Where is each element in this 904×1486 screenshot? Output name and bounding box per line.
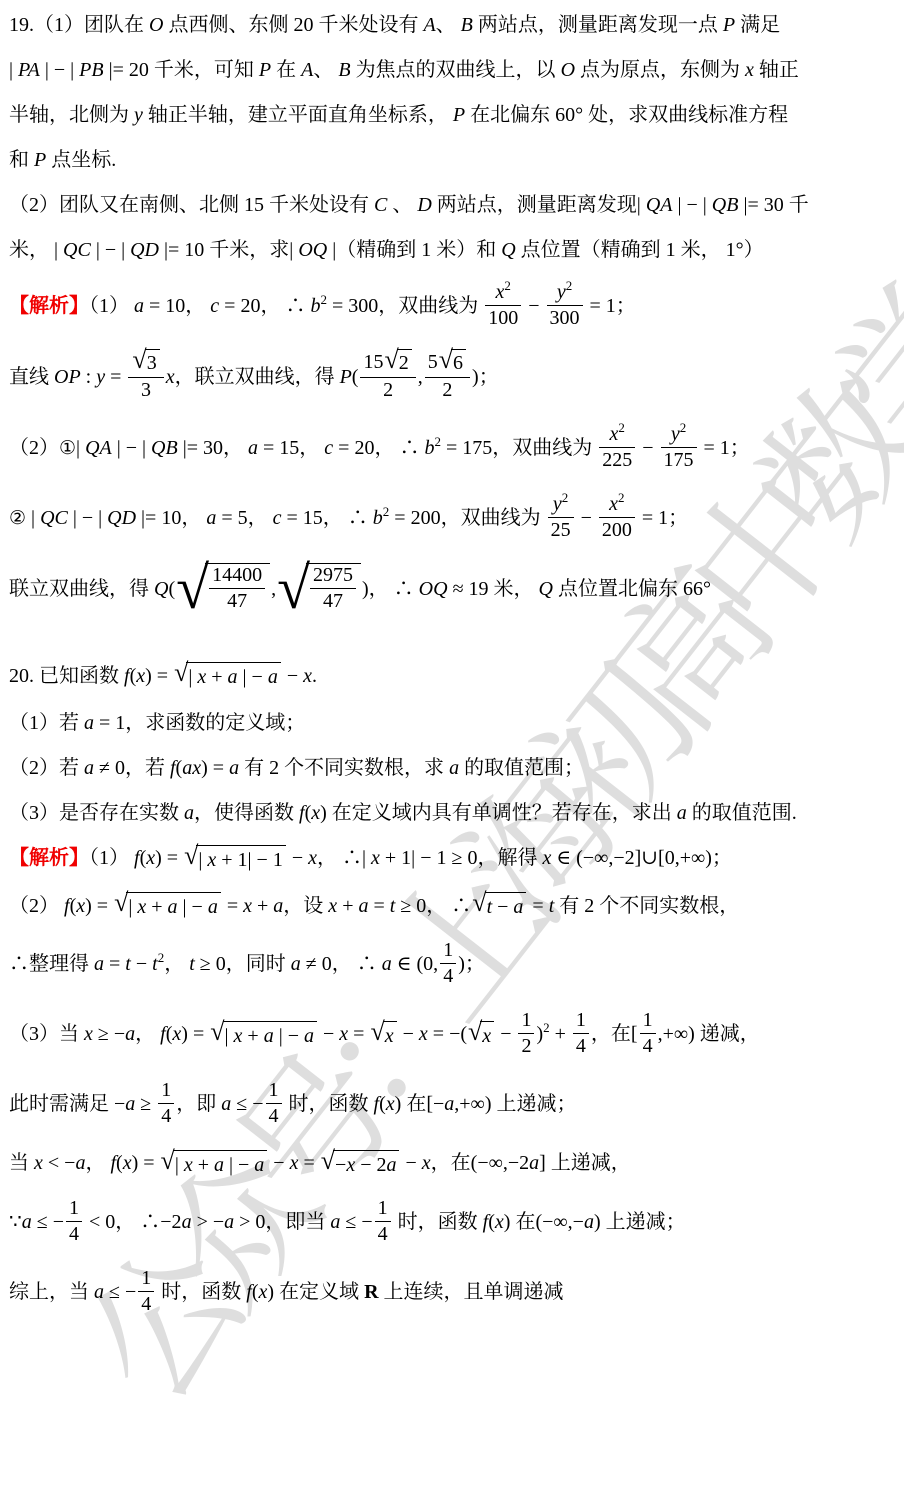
math-run: − <box>114 1093 125 1115</box>
radicand: 1440047 <box>205 563 270 616</box>
math-variable: a <box>264 1025 274 1047</box>
math-variable: x <box>137 896 146 918</box>
fraction-numerator: 1 <box>375 1196 391 1221</box>
math-variable: a <box>84 757 94 779</box>
fraction: 5√62 <box>425 350 470 403</box>
square-root: √6 <box>439 349 466 376</box>
fraction-denominator: 175 <box>661 447 697 473</box>
math-run: | − <box>224 1154 254 1176</box>
math-run: − 2 <box>355 1154 386 1176</box>
math-variable: x <box>34 1152 43 1174</box>
math-variable: a <box>75 1152 85 1174</box>
math-variable: QB <box>151 437 178 459</box>
math-variable: C <box>374 194 387 216</box>
text-run: ，设 <box>283 895 328 917</box>
math-run: | <box>9 59 18 81</box>
math-run: ( <box>252 1281 259 1303</box>
math-run: = <box>368 895 389 917</box>
math-run: | − <box>178 896 208 918</box>
math-run: 2 <box>399 352 409 374</box>
math-run: = <box>104 953 125 975</box>
text-run: ； <box>730 437 750 459</box>
fraction: x2100 <box>485 280 521 331</box>
math-variable: b <box>373 507 383 529</box>
math-variable: c <box>210 295 219 317</box>
math-run: | <box>327 239 336 261</box>
text-run: 有 <box>239 757 269 779</box>
math-variable: y <box>553 493 562 515</box>
text-run: 轴正 <box>754 59 799 81</box>
math-run: − <box>637 437 658 459</box>
text-run: （2）团队又在南侧、北侧 <box>9 194 244 216</box>
fraction-numerator: √3 <box>128 350 163 377</box>
text-run: ， <box>135 1023 160 1045</box>
math-run: = 1 <box>637 507 668 529</box>
text-run: （1）若 <box>9 712 84 734</box>
document-line: （3）当 x ≥ −a， f(x) = √| x + a | − a − x =… <box>9 1010 898 1061</box>
math-variable: x <box>207 849 216 871</box>
math-variable: a <box>254 1154 264 1176</box>
math-variable: Q <box>539 578 553 600</box>
math-run: 2 <box>521 1035 531 1057</box>
math-run: 1 <box>69 1197 79 1219</box>
circled-number: ① <box>59 437 76 459</box>
square-root: √−x − 2a <box>321 1150 400 1178</box>
math-run: 4 <box>378 1223 388 1245</box>
text-run: 20. 已知函数 <box>9 665 124 687</box>
math-run: 2975 <box>313 564 353 586</box>
math-variable: a <box>584 1211 594 1233</box>
math-run: |= 30 <box>738 194 783 216</box>
superscript: 2 <box>618 490 625 505</box>
math-run: = 1 <box>699 437 730 459</box>
math-run: ∴ <box>399 437 424 459</box>
radicand: x <box>480 1021 494 1049</box>
text-run: 点西侧、东侧 <box>163 14 293 36</box>
fraction-denominator: 2 <box>425 377 470 403</box>
text-run: ，即当 <box>265 1211 330 1233</box>
math-run: + 1| − 1 <box>216 849 283 871</box>
math-run: = <box>348 1023 369 1045</box>
math-run: ∴ <box>285 295 310 317</box>
math-variable: x <box>346 1154 355 1176</box>
fraction-numerator: 14400 <box>209 563 265 588</box>
text-run: 的取值范围. <box>687 802 797 824</box>
math-variable: a <box>677 802 687 824</box>
text-run: 上递减； <box>601 1211 686 1233</box>
fraction-denominator: 4 <box>266 1103 282 1129</box>
fraction: x2225 <box>599 422 635 473</box>
math-variable: a <box>449 757 459 779</box>
math-variable: QD <box>107 507 136 529</box>
radicand: 297547 <box>306 563 361 616</box>
text-run: ，求函数的定义域； <box>125 712 305 734</box>
math-run: ≥ <box>135 1093 156 1115</box>
math-variable: y <box>96 366 105 388</box>
math-run: 66° <box>683 578 711 600</box>
fraction: 14 <box>573 1008 589 1059</box>
document-line: 【解析】（1） a = 10， c = 20， ∴ b2 = 300，双曲线为 … <box>9 282 898 333</box>
math-variable: x <box>136 665 145 687</box>
math-run: = <box>527 895 548 917</box>
math-run: ( <box>116 1152 123 1174</box>
text-run: 千米处设有 <box>264 194 374 216</box>
fraction-numerator: 1 <box>266 1078 282 1103</box>
math-run: | − | <box>91 239 130 261</box>
text-run: 在定义域 <box>274 1281 364 1303</box>
text-run: 整理得 <box>29 953 94 975</box>
text-run: 直线 <box>9 366 54 388</box>
text-run: ， <box>223 437 248 459</box>
math-run: 4 <box>141 1293 151 1315</box>
math-run: − <box>400 1152 421 1174</box>
math-run: 4 <box>443 965 453 987</box>
math-variable: a <box>358 895 368 917</box>
superscript: 2 <box>562 490 569 505</box>
math-run: ∴−2 <box>140 1211 181 1233</box>
document-line: （2）若 a ≠ 0，若 f(ax) = a 有 2 个不同实数根，求 a 的取… <box>9 755 898 781</box>
math-variable: QC <box>40 507 68 529</box>
document-line: ② | QC | − | QD |= 10， a = 5， c = 15， ∴ … <box>9 494 898 545</box>
math-variable: x <box>495 1211 504 1233</box>
text-run: 个不同实数根， <box>594 895 739 917</box>
fraction: 1440047 <box>209 563 265 614</box>
text-run: （精确到 <box>336 239 421 261</box>
text-run: 千米，求 <box>204 239 289 261</box>
document-content: 19.（1）团队在 O 点西侧、东侧 20 千米处设有 A、 B 两站点，测量距… <box>0 0 904 1319</box>
document-line: 和 P 点坐标. <box>9 147 898 173</box>
math-variable: B <box>461 14 473 36</box>
math-variable: x <box>76 895 85 917</box>
document-line: （2） f(x) = √| x + a | − a = x + a，设 x + … <box>9 893 898 921</box>
math-run: ) = <box>201 757 229 779</box>
text-run: ； <box>479 366 499 388</box>
math-run: ,+∞) <box>454 1093 491 1115</box>
math-variable: a <box>248 437 258 459</box>
text-run: 的取值范围； <box>459 757 584 779</box>
math-variable: c <box>273 507 282 529</box>
math-variable: B <box>338 59 350 81</box>
math-run: = 300 <box>327 295 378 317</box>
document-line: （2）团队又在南侧、北侧 15 千米处设有 C 、 D 两站点，测量距离发现| … <box>9 192 898 218</box>
fraction: 14 <box>375 1196 391 1247</box>
math-run: = 20 <box>219 295 260 317</box>
text-run: ，双曲线为 <box>441 507 546 529</box>
text-run: ，双曲线为 <box>378 295 483 317</box>
analysis-label: 【解析】 <box>9 295 89 317</box>
fraction-denominator: 100 <box>485 305 521 331</box>
text-run: ， <box>85 1152 110 1174</box>
math-run: 225 <box>602 449 632 471</box>
math-run: 3 <box>147 352 157 374</box>
text-run: ， <box>260 295 285 317</box>
text-run: ，在 <box>591 1023 631 1045</box>
text-run: （1） <box>89 847 134 869</box>
math-run: − <box>523 295 544 317</box>
math-run: ≤ − <box>32 1211 64 1233</box>
math-run: = <box>298 1152 319 1174</box>
math-run: ) = <box>145 665 173 687</box>
document-line: 半轴，北侧为 y 轴正半轴，建立平面直角坐标系， P 在北偏东 60° 处，求双… <box>9 102 898 128</box>
math-variable: c <box>324 437 333 459</box>
bold-symbol: R <box>364 1281 378 1303</box>
fraction-denominator: 200 <box>599 517 635 543</box>
fraction-denominator: 225 <box>599 447 635 473</box>
math-run: 15 <box>363 351 383 373</box>
text-run: ，同时 <box>226 953 291 975</box>
radicand: 3 <box>145 349 160 376</box>
text-run: ， <box>426 895 451 917</box>
math-run: ) = <box>181 1023 209 1045</box>
superscript: 2 <box>566 278 573 293</box>
text-run: 在北偏东 <box>465 104 555 126</box>
fraction: 14 <box>158 1078 174 1129</box>
math-run: + <box>337 895 358 917</box>
math-variable: QA <box>646 194 673 216</box>
math-variable: a <box>208 896 218 918</box>
math-run: | − <box>238 666 268 688</box>
radicand: | x + a | − a <box>223 1021 317 1049</box>
fraction: y2175 <box>661 422 697 473</box>
math-run: 47 <box>227 590 247 612</box>
math-variable: x <box>123 1152 132 1174</box>
math-run: ∴ <box>9 953 29 975</box>
math-variable: P <box>453 104 465 126</box>
square-root: √t − a <box>472 892 526 920</box>
math-variable: a <box>221 1093 231 1115</box>
math-run: < 0 <box>84 1211 115 1233</box>
math-variable: x <box>328 895 337 917</box>
document-line: 当 x < −a， f(x) = √| x + a | − a − x = √−… <box>9 1150 898 1178</box>
circled-number: ② <box>9 507 26 529</box>
math-variable: y <box>671 423 680 445</box>
text-run: 满足 <box>735 14 780 36</box>
fraction-numerator: 1 <box>573 1008 589 1033</box>
math-run: 5 <box>428 351 438 373</box>
radicand: 2 <box>397 349 412 376</box>
text-run: （2） <box>9 437 59 459</box>
math-variable: a <box>182 1211 192 1233</box>
fraction-numerator: 1 <box>138 1266 154 1291</box>
math-variable: a <box>273 895 283 917</box>
math-variable: OQ <box>419 578 448 600</box>
math-variable: P <box>723 14 735 36</box>
text-run: 、 <box>313 59 338 81</box>
math-run: , <box>418 366 423 388</box>
math-variable: P <box>259 59 271 81</box>
math-variable: OP <box>54 366 81 388</box>
fraction-denominator: 4 <box>66 1221 82 1247</box>
math-run: (−∞,−2 <box>471 1152 529 1174</box>
math-run: 1 <box>576 1009 586 1031</box>
text-run: 个不同实数根，求 <box>279 757 449 779</box>
math-run: < − <box>43 1152 76 1174</box>
text-run: ，使得函数 <box>194 802 299 824</box>
square-root: √3 <box>132 349 159 376</box>
math-variable: x <box>419 1023 428 1045</box>
text-run: 和 <box>9 149 34 171</box>
math-run: 1 <box>521 1009 531 1031</box>
text-run: 千米，可知 <box>149 59 259 81</box>
radicand: | x + a | − a <box>126 892 220 920</box>
math-variable: b <box>424 437 434 459</box>
square-root: √| x + a | − a <box>161 1150 268 1178</box>
math-variable: b <box>310 295 320 317</box>
math-variable: a <box>291 953 301 975</box>
math-run: 4 <box>576 1035 586 1057</box>
text-run: 两站点，测量距离发现 <box>432 194 637 216</box>
math-run: − <box>576 507 597 529</box>
math-variable: D <box>417 194 431 216</box>
math-run: + 1| − 1 ≥ 0 <box>380 847 478 869</box>
math-run: 1 <box>666 239 676 261</box>
math-run: ( <box>352 366 359 388</box>
radicand: −x − 2a <box>333 1150 399 1178</box>
math-run: ∵ <box>9 1211 22 1233</box>
math-run: ∴ <box>357 953 382 975</box>
text-run: 在定义域内具有单调性？若存在，求出 <box>327 802 677 824</box>
math-variable: x <box>385 1025 394 1047</box>
fraction: 15√22 <box>360 350 415 403</box>
math-run: 14400 <box>212 564 262 586</box>
text-run: ， <box>181 507 206 529</box>
math-variable: a <box>94 953 104 975</box>
math-run: | − <box>274 1025 304 1047</box>
fraction-numerator: 1 <box>158 1078 174 1103</box>
math-run: + <box>146 896 167 918</box>
math-variable: x <box>184 1154 193 1176</box>
radicand: t − a <box>485 892 527 920</box>
math-run: = 200 <box>389 507 440 529</box>
text-run: ； <box>465 953 485 975</box>
math-variable: OQ <box>298 239 327 261</box>
text-run: . <box>312 665 317 687</box>
square-root: √| x + a | − a <box>210 1021 317 1049</box>
text-run: 综上，当 <box>9 1281 94 1303</box>
math-variable: x <box>166 366 175 388</box>
math-run: ∴| <box>342 847 371 869</box>
fraction: y225 <box>548 492 574 543</box>
math-run: , <box>271 578 276 600</box>
radicand: x <box>383 1021 397 1049</box>
math-variable: x <box>197 666 206 688</box>
text-run: ， <box>332 953 357 975</box>
text-run: （2）若 <box>9 757 84 779</box>
math-run: | − | <box>112 437 151 459</box>
math-run: 4 <box>643 1035 653 1057</box>
fraction: 14 <box>266 1078 282 1129</box>
math-variable: A <box>301 59 313 81</box>
math-variable: a <box>529 1152 539 1174</box>
text-run: 时，函数 <box>156 1281 246 1303</box>
fraction-numerator: x2 <box>599 422 635 447</box>
math-variable: a <box>268 666 278 688</box>
math-variable: a <box>184 802 194 824</box>
math-variable: a <box>168 896 178 918</box>
math-run: ) = <box>85 895 113 917</box>
math-variable: x <box>303 665 312 687</box>
superscript: 2 <box>680 420 687 435</box>
text-run: ，即 <box>176 1093 221 1115</box>
math-run: ∴ <box>348 507 373 529</box>
math-variable: x <box>243 895 252 917</box>
math-run: | <box>289 239 298 261</box>
math-run: | − | <box>672 194 711 216</box>
math-variable: a <box>444 1093 454 1115</box>
math-variable: a <box>330 1211 340 1233</box>
text-run: 点坐标. <box>46 149 116 171</box>
text-run: ， <box>185 295 210 317</box>
superscript: 2 <box>618 420 625 435</box>
math-run: ( <box>168 578 175 600</box>
analysis-label: 【解析】 <box>9 847 89 869</box>
fraction: √33 <box>128 350 163 403</box>
fraction-numerator: x2 <box>485 280 521 305</box>
fraction-numerator: y2 <box>548 492 574 517</box>
math-run: 1 <box>161 1079 171 1101</box>
fraction-numerator: 1 <box>66 1196 82 1221</box>
fraction-numerator: 1 <box>640 1008 656 1033</box>
math-variable: y <box>134 104 143 126</box>
math-variable: x <box>482 1025 491 1047</box>
math-run: 1 <box>378 1197 388 1219</box>
fraction-denominator: 4 <box>138 1291 154 1317</box>
math-run: − <box>131 953 152 975</box>
text-run: 上递减， <box>546 1152 631 1174</box>
fraction: 12 <box>518 1008 534 1059</box>
math-variable: a <box>22 1211 32 1233</box>
math-run: = <box>222 895 243 917</box>
math-variable: ax <box>182 757 201 779</box>
math-run: |= 10 <box>159 239 204 261</box>
math-run: | <box>54 239 63 261</box>
fraction-denominator: 47 <box>209 588 265 614</box>
text-run: ， <box>248 507 273 529</box>
fraction-denominator: 3 <box>128 377 163 403</box>
square-root: √| x + 1| − 1 <box>184 845 286 873</box>
document-line: 联立双曲线，得 Q(√1440047,√297547)， ∴ OQ ≈ 19 米… <box>9 564 898 617</box>
document-line: （1）若 a = 1，求函数的定义域； <box>9 710 898 736</box>
math-run: 2 <box>584 895 594 917</box>
math-run: 4 <box>69 1223 79 1245</box>
text-run: 19.（1）团队在 <box>9 14 149 36</box>
document-line: 米， | QC | − | QD |= 10 千米，求| OQ |（精确到 1 … <box>9 237 898 263</box>
math-variable: Q <box>501 239 515 261</box>
math-run: ) <box>594 1211 601 1233</box>
text-run: 为焦点的双曲线上，以 <box>351 59 561 81</box>
math-run: 47 <box>323 590 343 612</box>
math-run: ) <box>362 578 369 600</box>
fraction-denominator: 4 <box>375 1221 391 1247</box>
math-run: 1° <box>726 239 744 261</box>
text-run: （1） <box>89 295 134 317</box>
math-run: − <box>398 1023 419 1045</box>
text-run: ，联立双曲线，得 <box>175 366 340 388</box>
text-run: ； <box>616 295 636 317</box>
math-run: + <box>193 1154 214 1176</box>
math-variable: QC <box>63 239 91 261</box>
text-run: 当 <box>9 1152 34 1174</box>
text-run: 轴正半轴，建立平面直角坐标系， <box>143 104 453 126</box>
math-variable: a <box>125 1023 135 1045</box>
text-run: 两站点，测量距离发现一点 <box>473 14 723 36</box>
math-run: ≥ 0 <box>195 953 226 975</box>
math-run: |= 20 <box>104 59 149 81</box>
math-run: = <box>105 366 126 388</box>
math-run: ≠ 0 <box>94 757 125 779</box>
math-run: 4 <box>161 1105 171 1127</box>
math-run: 3 <box>141 379 151 401</box>
